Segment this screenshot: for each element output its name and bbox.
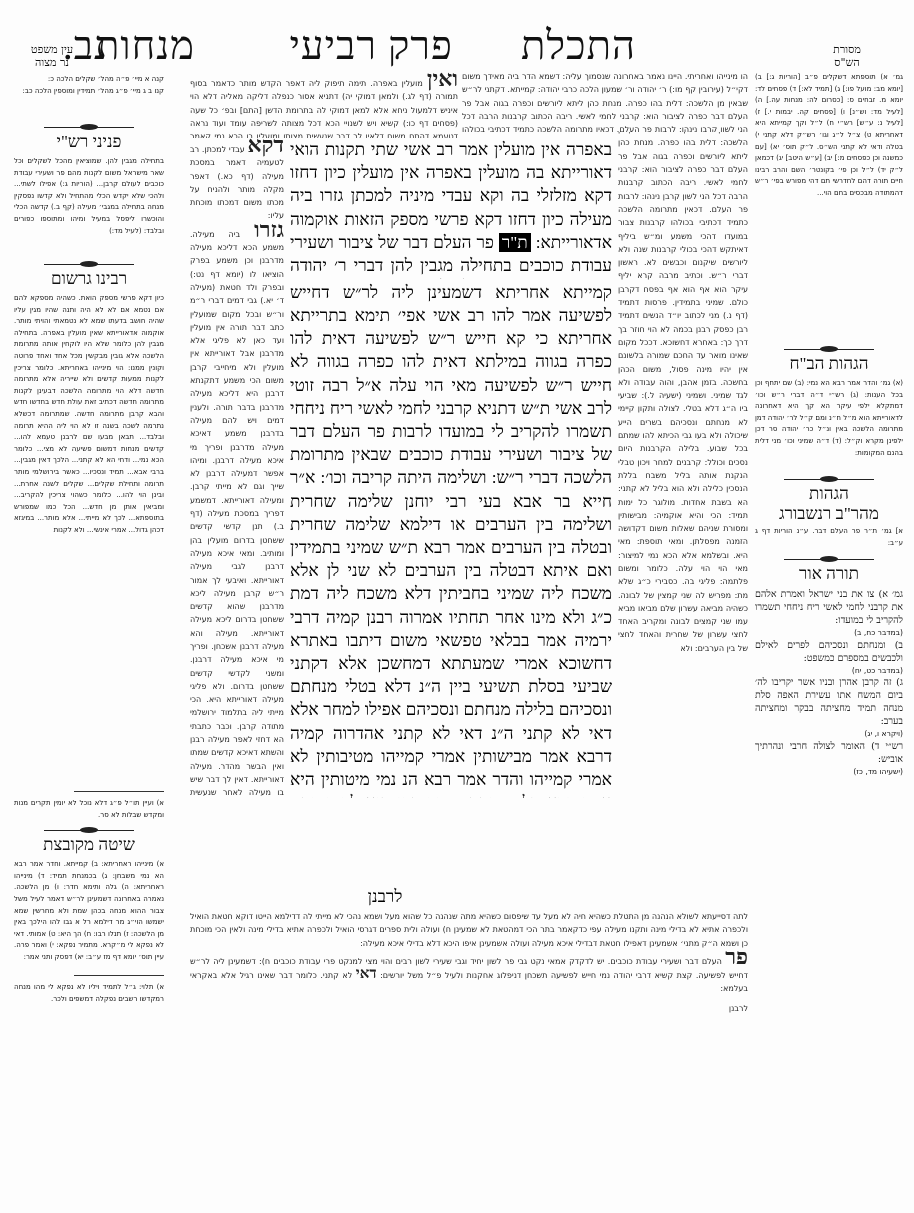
- chapter-title-word: התכלת: [521, 26, 636, 66]
- rashi-text-top: הו מינייהו ואחריתי. היינו נאמר באחרונה ש…: [462, 70, 748, 132]
- hagahot-bach-text: (א) גמ׳ והדר אמר רבא הא נמי: (ב) שם יתחף…: [755, 378, 903, 473]
- shita-mekubetzet-text: א) מינייהו ראחריתא: ב) קמייתא. וחדר אמר …: [14, 859, 164, 969]
- shita-note-top: א) ועיין תו״ל פ״ג דלא נוכל לא יומין תקרי…: [14, 798, 164, 821]
- ornament-divider-icon: [784, 476, 874, 482]
- ornament-divider-icon: [44, 261, 134, 267]
- shita-mekubetzet-title: שיטה מקובצת: [14, 835, 164, 855]
- tractate-name: מנחות: [95, 26, 195, 66]
- rabbenu-gershom-section: רבינו גרשום כיון דקא פרשי מספק הואת. כשה…: [14, 255, 164, 785]
- gemara-passage-body: פר העלם דבר של ציבור ושעירי עבודת כוכבים…: [290, 278, 612, 798]
- masoret-label-line-2: הש"ס: [827, 56, 867, 69]
- ein-mishpat-entry: קנו ב ג מיי׳ פ״ג מהל׳ תמידין ומוספין הלכ…: [14, 86, 164, 98]
- torah-or-citation: (ויקרא ו, יג): [755, 728, 903, 740]
- ein-mishpat-column: קנה א מיי׳ פ״ה מהל׳ שקלים הלכה כ: קנו ב …: [14, 74, 164, 122]
- ein-mishpat-label-line-1: עין משפט: [22, 43, 82, 56]
- torah-or-verse: ב) ומנחתם ונסכיהם לפרים לאילם ולכבשים במ…: [755, 640, 903, 664]
- hagahot-rashbur-section: הגהות מהר"ב רנשבורג א] גמ׳ ת״ר פר העלם ד…: [755, 470, 903, 545]
- tosafot-dibbur-text: עבדי למכתן. רב לטעמיה דאמר במסכת מעילה (…: [190, 145, 284, 220]
- masoret-hashas-label: מסורת הש"ס: [827, 43, 867, 69]
- hagahot-rashbur-title-1: הגהות: [755, 484, 903, 504]
- gemara-text-upper: באפרה אין מועלין אמר רב אשי שתי תקנות הו…: [290, 138, 612, 278]
- divider: [74, 975, 164, 976]
- shita-note-bottom: א) תלוי: ג״ל לתמיד ויליו לא נפקא לי מהו …: [14, 982, 164, 1005]
- torah-or-entry: ב) ומנחתם ונסכיהם לפרים לאילם ולכבשים במ…: [755, 639, 903, 677]
- tosafot-bottom-text: לתה דסייעתא לשולא הנהנה מן התטלת כשהיא ח…: [190, 910, 748, 950]
- ornament-divider-icon: [784, 346, 874, 352]
- tosafot-dibbur-word: פר: [725, 944, 748, 969]
- hagahot-bach-title: הגהות הב"ח: [755, 354, 903, 374]
- rashi-commentary: הו מינייהו ואחריתי. היינו נאמר באחרונה ש…: [462, 70, 748, 132]
- penei-rashi-section: פניני רש"י בתחילה מגבין להן. שמוציאין מה…: [14, 118, 164, 263]
- gemara-last-word: לרבנן: [355, 885, 415, 909]
- tosafot-opening-word: ואין: [427, 72, 458, 91]
- ein-mishpat-label: עין משפט נר מצוה: [22, 43, 82, 69]
- hagahot-rashbur-text: א] גמ׳ ת״ר פר העלם דבר. ע״נ הוריות דף ג …: [755, 526, 903, 549]
- tosafot-text: מועלין באפרה. תימה תיפוק ליה דאפר הקדש מ…: [190, 79, 458, 138]
- torah-or-entry: גמ׳ א) צו את בני ישראל ואמרת אלהם את קרב…: [755, 588, 903, 639]
- torah-or-citation: (ישעיהו מד, כז): [755, 766, 903, 778]
- ein-mishpat-label-line-2: נר מצוה: [22, 56, 82, 69]
- tosafot-commentary-column: דקא עבדי למכתן. רב לטעמיה דאמר במסכת מעי…: [190, 138, 284, 798]
- torah-or-citation: (במדבר כח, ב): [755, 627, 903, 639]
- torah-or-verse: ג) זה קרבן אהרן ובניו אשר יקריבו לה׳ ביו…: [755, 677, 903, 727]
- masoret-label-line-1: מסורת: [827, 43, 867, 56]
- torah-or-verse: גמ׳ א) צו את בני ישראל ואמרת אלהם את קרב…: [755, 589, 903, 626]
- tosafot-commentary-top: ואין מועלין באפרה. תימה תיפוק ליה דאפר ה…: [190, 72, 458, 138]
- hagahot-bach-section: הגהות הב"ח (א) גמ׳ והדר אמר רבא הא נמי: …: [755, 340, 903, 460]
- rabbenu-gershom-text: כיון דקא פרשי מספק הואת. כשהיה מספקא להם…: [14, 293, 164, 783]
- gemara-text-wide: פר העלם דבר של ציבור ושעירי עבודת כוכבים…: [190, 798, 610, 893]
- hagahot-rashbur-title-2: מהר"ב רנשבורג: [755, 504, 903, 524]
- chapter-name: פרק רביעי: [289, 26, 453, 66]
- tosafot-bottom: לתה דסייעתא לשולא הנהנה מן התטלת כשהיא ח…: [190, 910, 748, 1000]
- ornament-divider-icon: [44, 827, 134, 833]
- tosafot-dibbur-word: דאי: [356, 966, 377, 982]
- gemara-text-lower: פר העלם דבר של ציבור ושעירי עבודת כוכבים…: [290, 278, 612, 798]
- ornament-divider-icon: [784, 556, 874, 562]
- tosafot-dibbur-word: גזרו: [254, 217, 284, 242]
- rabbenu-gershom-title: רבינו גרשום: [14, 269, 164, 289]
- tosafot-dibbur-2: דקא עבדי למכתן. רב לטעמיה דאמר במסכת מעי…: [190, 138, 284, 223]
- tosafot-dibbur-3: גזרו ביה מעילה. משמע הכא דליכא מעילה מדר…: [190, 223, 284, 798]
- tanu-rabbanan-marker: ת"ר: [499, 233, 531, 252]
- divider: [74, 791, 164, 792]
- tosafot-bottom-dibbur: פר העלם דבר ושעירי עבודת כוכבים. יש לדקד…: [190, 950, 748, 996]
- torah-or-citation: (במדבר כט, יח): [755, 665, 903, 677]
- torah-or-entry: ג) זה קרבן אהרן ובניו אשר יקריבו לה׳ ביו…: [755, 676, 903, 740]
- shita-mekubetzet-section: א) ועיין תו״ל פ״ג דלא נוכל לא יומין תקרי…: [14, 785, 164, 1005]
- torah-or-title: תורה אור: [755, 564, 903, 584]
- penei-rashi-text: בתחילה מגבין להן. שמוציאין מהכל לשקלים ו…: [14, 156, 164, 256]
- penei-rashi-title: פניני רש"י: [14, 132, 164, 152]
- torah-or-verse: רש״י ד) האומר לצולה חרבי ונהרתיך אוביש:: [755, 741, 903, 765]
- ornament-divider-icon: [44, 124, 134, 130]
- torah-or-entry: רש״י ד) האומר לצולה חרבי ונהרתיך אוביש: …: [755, 740, 903, 778]
- tosafot-dibbur-text: ביה מעילה. משמע הכא דליכא מעילה מדרבנן ו…: [190, 230, 284, 798]
- masoret-hashas-column: גמ׳ א) תוספתא דשקלים פ״ב [הוריות ג:] ב) …: [755, 72, 903, 332]
- rashi-commentary-column: הו מינייהו ואחריתי. היינו נאמר באחרונה ש…: [618, 132, 748, 800]
- rashi-text: הו מינייהו ואחריתי. היינו נאמר באחרונה ש…: [618, 132, 748, 655]
- ein-mishpat-entry: קנה א מיי׳ פ״ה מהל׳ שקלים הלכה כ:: [14, 74, 164, 86]
- torah-or-section: תורה אור גמ׳ א) צו את בני ישראל ואמרת אל…: [755, 550, 903, 750]
- catchword: לרבנן: [700, 1002, 748, 1016]
- tosafot-dibbur-word: דקא: [248, 138, 284, 157]
- masoret-hashas-text: גמ׳ א) תוספתא דשקלים פ״ב [הוריות ג:] ב) …: [755, 72, 903, 200]
